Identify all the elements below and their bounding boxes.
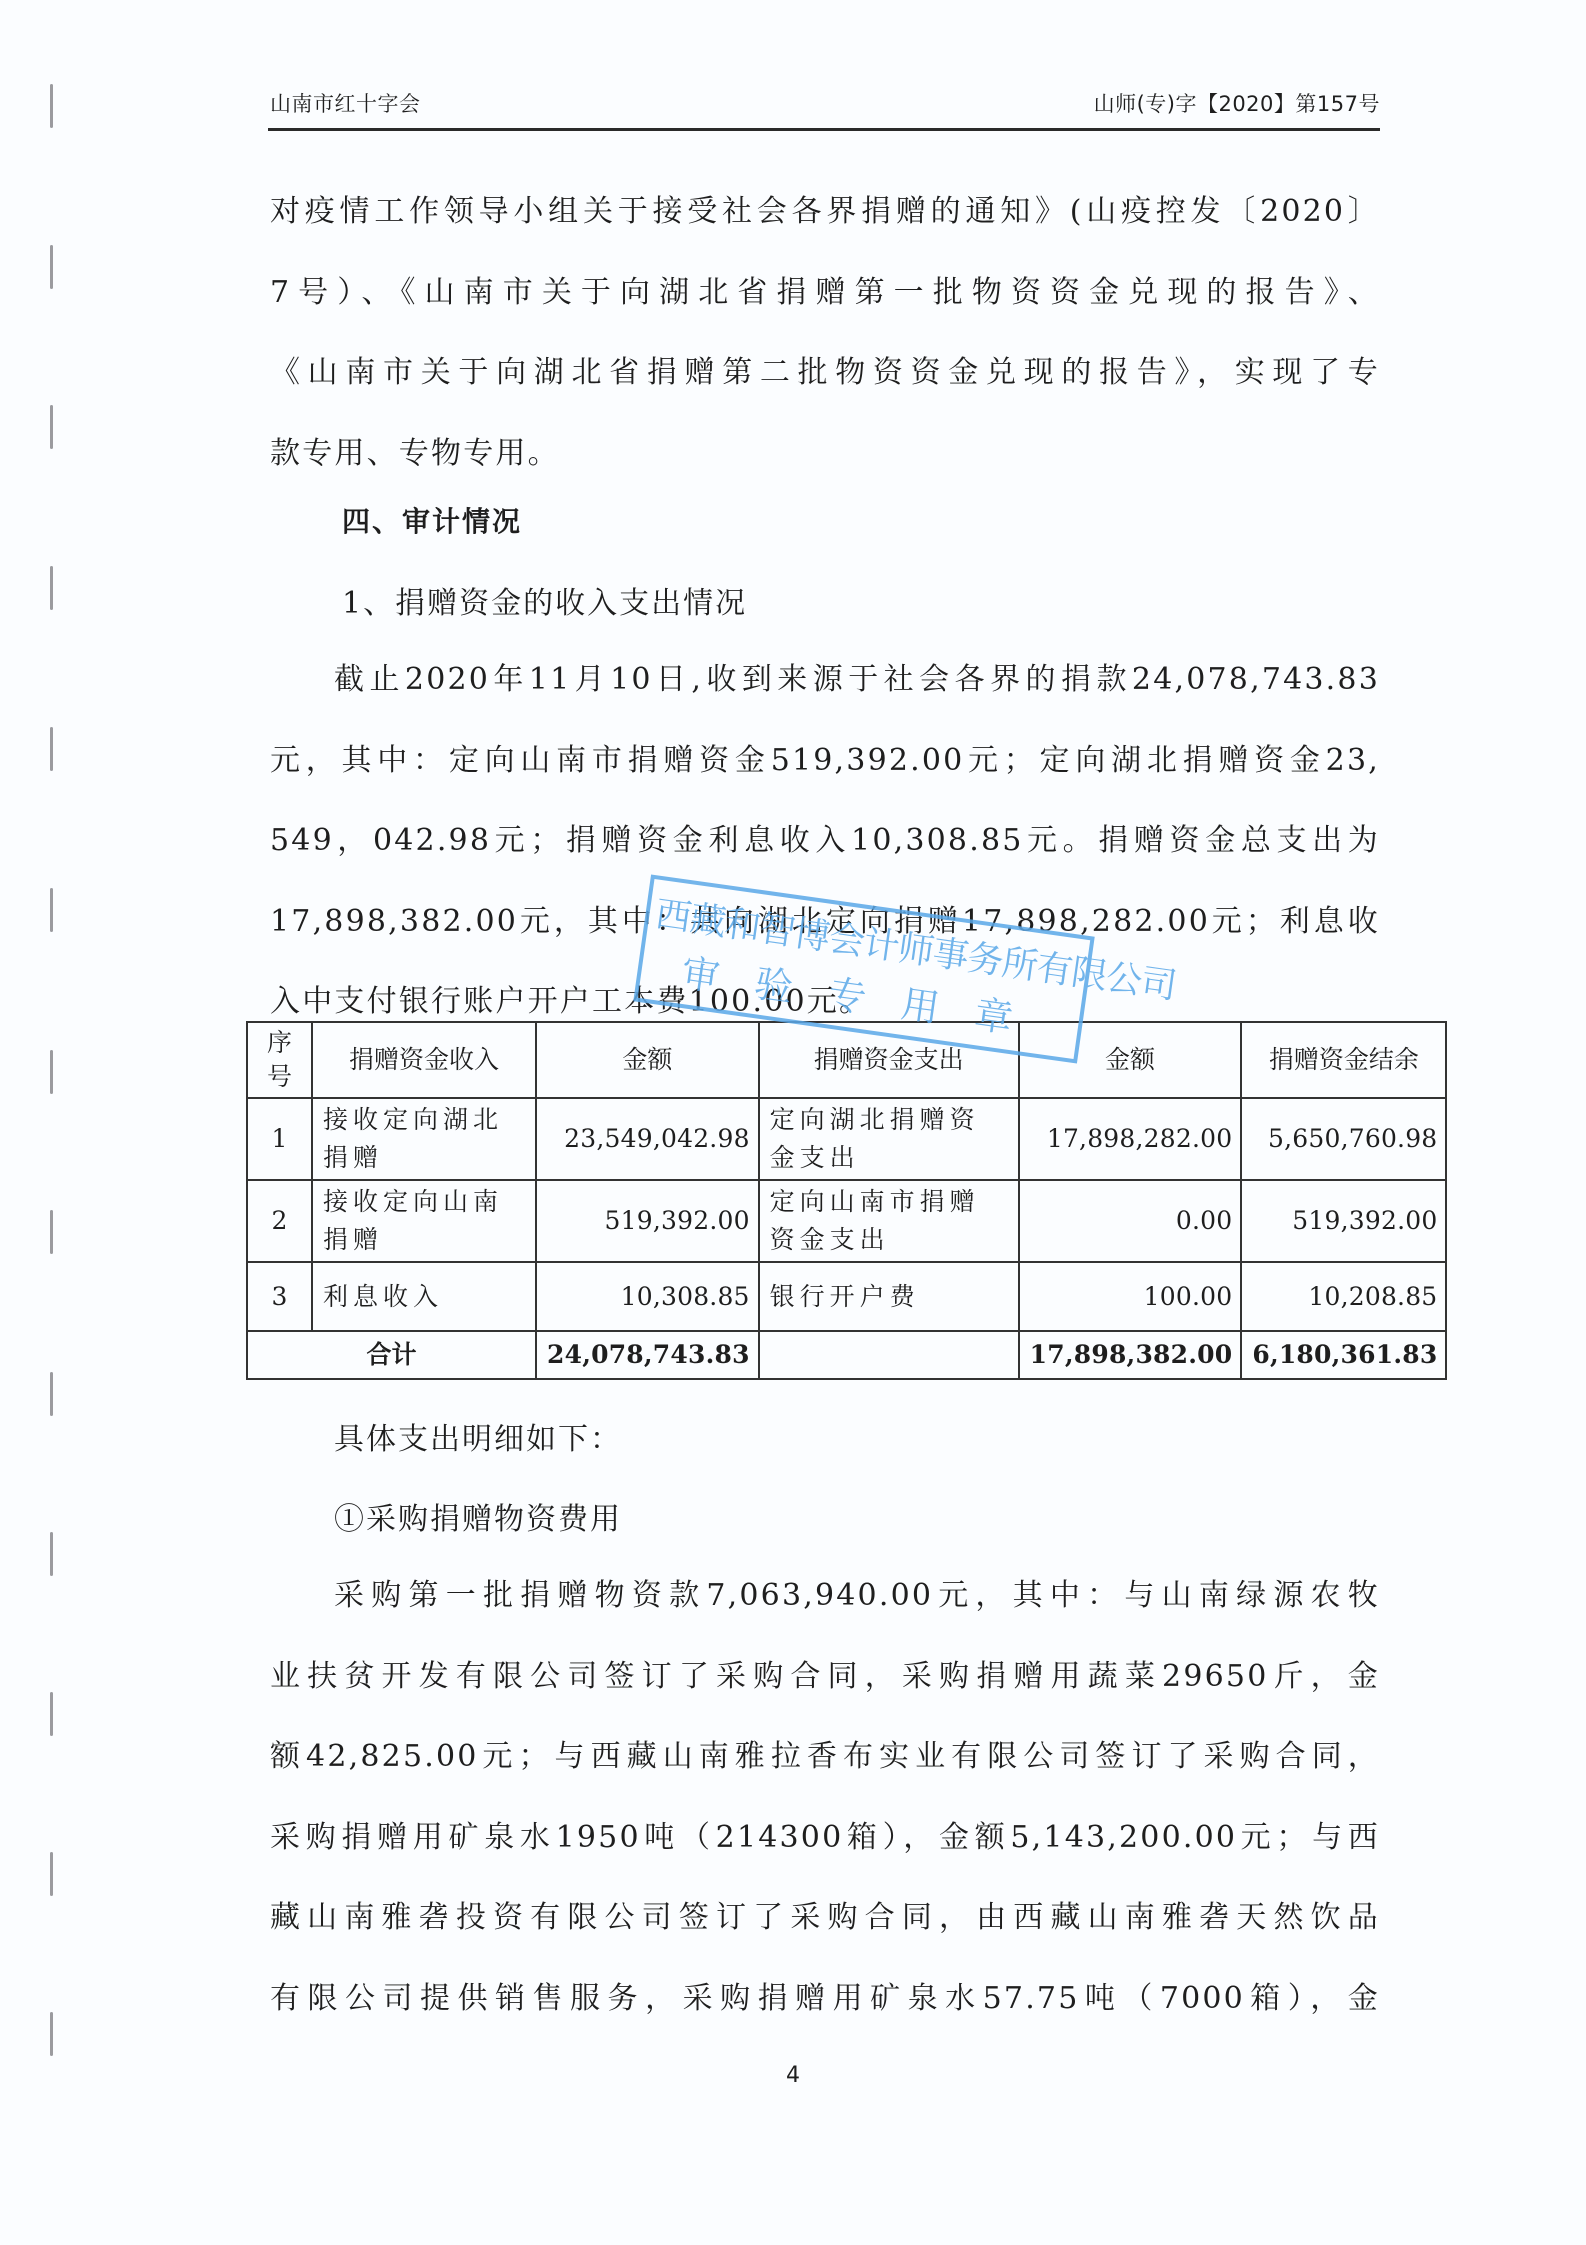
cell-income-item: 接收定向山南捐赠 [312, 1180, 536, 1262]
cell-no: 2 [247, 1180, 312, 1262]
cell-expense-amount: 100.00 [1019, 1262, 1242, 1331]
binding-mark [50, 2012, 53, 2056]
cell-balance: 5,650,760.98 [1241, 1098, 1446, 1180]
cell-no: 3 [247, 1262, 312, 1331]
table-row: 2 接收定向山南捐赠 519,392.00 定向山南市捐赠资金支出 0.00 5… [247, 1180, 1446, 1262]
paragraph-line: 7号）、《山南市关于向湖北省捐赠第一批物资资金兑现的报告》、 [270, 253, 1380, 334]
binding-mark [50, 1210, 53, 1254]
paragraph-line: 有限公司提供销售服务，采购捐赠用矿泉水57.75吨（7000箱），金 [270, 1959, 1380, 2040]
paragraph-line: 截止2020年11月10日,收到来源于社会各界的捐款24,078,743.83 [270, 640, 1380, 721]
header-cell-expense-amount: 金额 [1019, 1022, 1242, 1098]
cell-expense-item: 定向湖北捐赠资金支出 [759, 1098, 1019, 1180]
binding-mark [50, 1532, 53, 1576]
binding-mark [50, 888, 53, 932]
header-org: 山南市红十字会 [270, 88, 421, 118]
paragraph-line: 对疫情工作领导小组关于接受社会各界捐赠的通知》(山疫控发〔2020〕 [270, 172, 1380, 253]
subsection-heading: 1、捐赠资金的收入支出情况 [342, 578, 747, 622]
cell-total-expense: 17,898,382.00 [1019, 1331, 1242, 1379]
table-row: 1 接收定向湖北捐赠 23,549,042.98 定向湖北捐赠资金支出 17,8… [247, 1098, 1446, 1180]
cell-expense-item: 银行开户费 [759, 1262, 1019, 1331]
cell-income-amount: 23,549,042.98 [536, 1098, 759, 1180]
paragraph-line: 藏山南雅砻投资有限公司签订了采购合同，由西藏山南雅砻天然饮品 [270, 1878, 1380, 1959]
cell-income-amount: 519,392.00 [536, 1180, 759, 1262]
paragraph-line: 《山南市关于向湖北省捐赠第二批物资资金兑现的报告》，实现了专 [270, 333, 1380, 414]
paragraph-line: 采购捐赠用矿泉水1950吨（214300箱），金额5,143,200.00元；与… [270, 1798, 1380, 1879]
table-header-row: 序号 捐赠资金收入 金额 捐赠资金支出 金额 捐赠资金结余 [247, 1022, 1446, 1098]
cell-total-expense-item [759, 1331, 1019, 1379]
cell-expense-amount: 0.00 [1019, 1180, 1242, 1262]
page-header: 山南市红十字会 山师(专)字【2020】第157号 [270, 88, 1380, 128]
summary-paragraph: 截止2020年11月10日,收到来源于社会各界的捐款24,078,743.83 … [270, 640, 1380, 1043]
cell-total-label: 合计 [247, 1331, 536, 1379]
cell-expense-item: 定向山南市捐赠资金支出 [759, 1180, 1019, 1262]
paragraph-line: 额42,825.00元；与西藏山南雅拉香布实业有限公司签订了采购合同， [270, 1717, 1380, 1798]
paragraph-line: 元，其中：定向山南市捐赠资金519,392.00元；定向湖北捐赠资金23, [270, 721, 1380, 802]
cell-expense-amount: 17,898,282.00 [1019, 1098, 1242, 1180]
header-cell-income-item: 捐赠资金收入 [312, 1022, 536, 1098]
binding-mark [50, 1852, 53, 1896]
details-intro: 具体支出明细如下： [334, 1414, 622, 1458]
binding-mark [50, 727, 53, 771]
binding-mark [50, 1692, 53, 1736]
paragraph-line: 业扶贫开发有限公司签订了采购合同，采购捐赠用蔬菜29650斤，金 [270, 1637, 1380, 1718]
funds-table: 序号 捐赠资金收入 金额 捐赠资金支出 金额 捐赠资金结余 1 接收定向湖北捐赠… [246, 1021, 1447, 1380]
cell-income-item: 利息收入 [312, 1262, 536, 1331]
cell-income-item: 接收定向湖北捐赠 [312, 1098, 536, 1180]
paragraph-line: 549，042.98元；捐赠资金利息收入10,308.85元。捐赠资金总支出为 [270, 801, 1380, 882]
paragraph-line: 采购第一批捐赠物资款7,063,940.00元，其中：与山南绿源农牧 [270, 1556, 1380, 1637]
header-cell-income-amount: 金额 [536, 1022, 759, 1098]
header-cell-no: 序号 [247, 1022, 312, 1098]
binding-mark [50, 245, 53, 289]
table-row: 3 利息收入 10,308.85 银行开户费 100.00 10,208.85 [247, 1262, 1446, 1331]
cell-balance: 10,208.85 [1241, 1262, 1446, 1331]
details-item-heading: ①采购捐赠物资费用 [334, 1494, 622, 1538]
page-number: 4 [0, 2063, 1586, 2088]
paragraph-line: 款专用、专物专用。 [270, 414, 1380, 495]
cell-total-balance: 6,180,361.83 [1241, 1331, 1446, 1379]
table-total-row: 合计 24,078,743.83 17,898,382.00 6,180,361… [247, 1331, 1446, 1379]
section-heading: 四、审计情况 [342, 500, 522, 540]
details-paragraph: 采购第一批捐赠物资款7,063,940.00元，其中：与山南绿源农牧 业扶贫开发… [270, 1556, 1380, 2039]
header-cell-expense-item: 捐赠资金支出 [759, 1022, 1019, 1098]
cell-no: 1 [247, 1098, 312, 1180]
cell-total-income: 24,078,743.83 [536, 1331, 759, 1379]
header-doc-number: 山师(专)字【2020】第157号 [1094, 88, 1380, 118]
binding-mark [50, 1372, 53, 1416]
header-cell-balance: 捐赠资金结余 [1241, 1022, 1446, 1098]
header-rule [268, 128, 1380, 131]
binding-mark [50, 405, 53, 449]
intro-paragraph: 对疫情工作领导小组关于接受社会各界捐赠的通知》(山疫控发〔2020〕 7号）、《… [270, 172, 1380, 494]
binding-mark [50, 1050, 53, 1094]
cell-balance: 519,392.00 [1241, 1180, 1446, 1262]
binding-mark [50, 566, 53, 610]
binding-mark [50, 84, 53, 128]
paragraph-line: 17,898,382.00元，其中：共向湖北定向捐赠17,898,282.00元… [270, 882, 1380, 963]
cell-income-amount: 10,308.85 [536, 1262, 759, 1331]
